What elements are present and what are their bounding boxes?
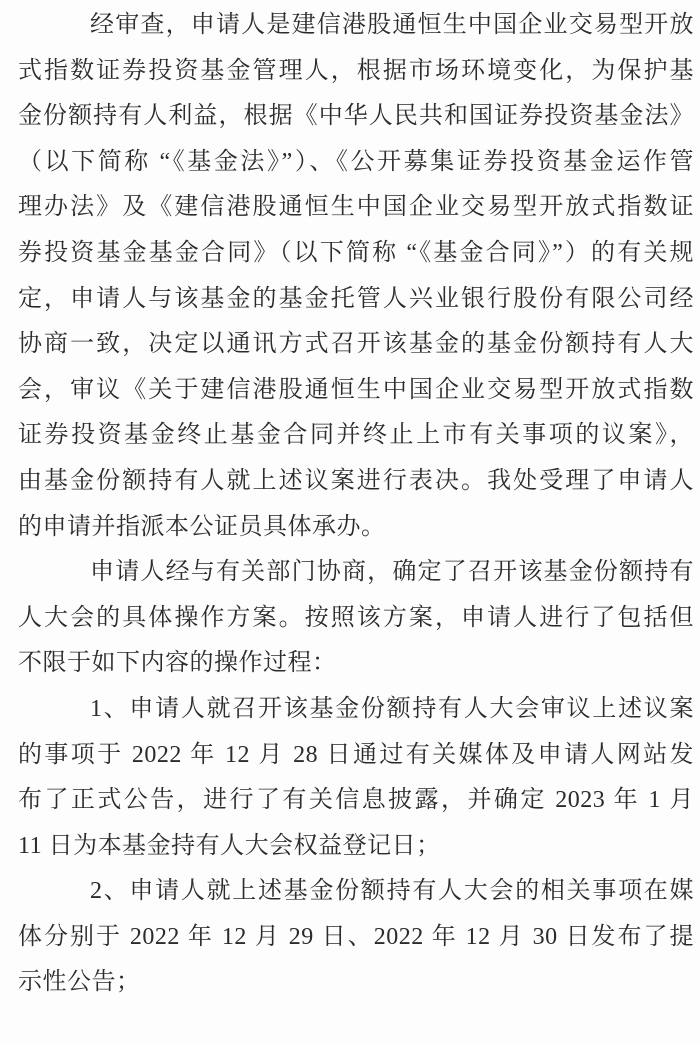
document-page: 经审查，申请人是建信港股通恒生中国企业交易型开放 式指数证券投资基金管理人，根据… <box>0 0 700 1042</box>
text-line: 布了正式公告，进行了有关信息披露，并确定 2023 年 1 月 <box>18 778 694 824</box>
text-line: 不限于如下内容的操作过程： <box>18 641 694 687</box>
text-line: 的事项于 2022 年 12 月 28 日通过有关媒体及申请人网站发 <box>18 733 694 779</box>
text-line: 证券投资基金终止基金合同并终止上市有关事项的议案》， <box>18 413 694 459</box>
text-line: 示性公告； <box>18 960 694 1006</box>
text-line: 体分别于 2022 年 12 月 29 日、2022 年 12 月 30 日发布… <box>18 915 694 961</box>
text-line: 人大会的具体操作方案。按照该方案，申请人进行了包括但 <box>18 596 694 642</box>
text-line: 1、申请人就召开该基金份额持有人大会审议上述议案 <box>18 687 694 733</box>
text-line: 金份额持有人利益，根据《中华人民共和国证券投资基金法》 <box>18 94 694 140</box>
document-text-block: 经审查，申请人是建信港股通恒生中国企业交易型开放 式指数证券投资基金管理人，根据… <box>18 3 694 1006</box>
text-line: 经审查，申请人是建信港股通恒生中国企业交易型开放 <box>18 3 694 49</box>
text-line: 式指数证券投资基金管理人，根据市场环境变化，为保护基 <box>18 49 694 95</box>
text-line: 11 日为本基金持有人大会权益登记日； <box>18 824 694 870</box>
text-line: 申请人经与有关部门协商，确定了召开该基金份额持有 <box>18 550 694 596</box>
text-line: 券投资基金基金合同》（以下简称 “《基金合同》”）的有关规 <box>18 231 694 277</box>
text-line: 理办法》及《建信港股通恒生中国企业交易型开放式指数证 <box>18 185 694 231</box>
text-line: 由基金份额持有人就上述议案进行表决。我处受理了申请人 <box>18 459 694 505</box>
text-line: 协商一致，决定以通讯方式召开该基金的基金份额持有人大 <box>18 322 694 368</box>
text-line: （以下简称 “《基金法》”）、《公开募集证券投资基金运作管 <box>18 140 694 186</box>
text-line: 会，审议《关于建信港股通恒生中国企业交易型开放式指数 <box>18 368 694 414</box>
text-line: 定，申请人与该基金的基金托管人兴业银行股份有限公司经 <box>18 277 694 323</box>
text-line: 的申请并指派本公证员具体承办。 <box>18 505 694 551</box>
text-line: 2、申请人就上述基金份额持有人大会的相关事项在媒 <box>18 869 694 915</box>
